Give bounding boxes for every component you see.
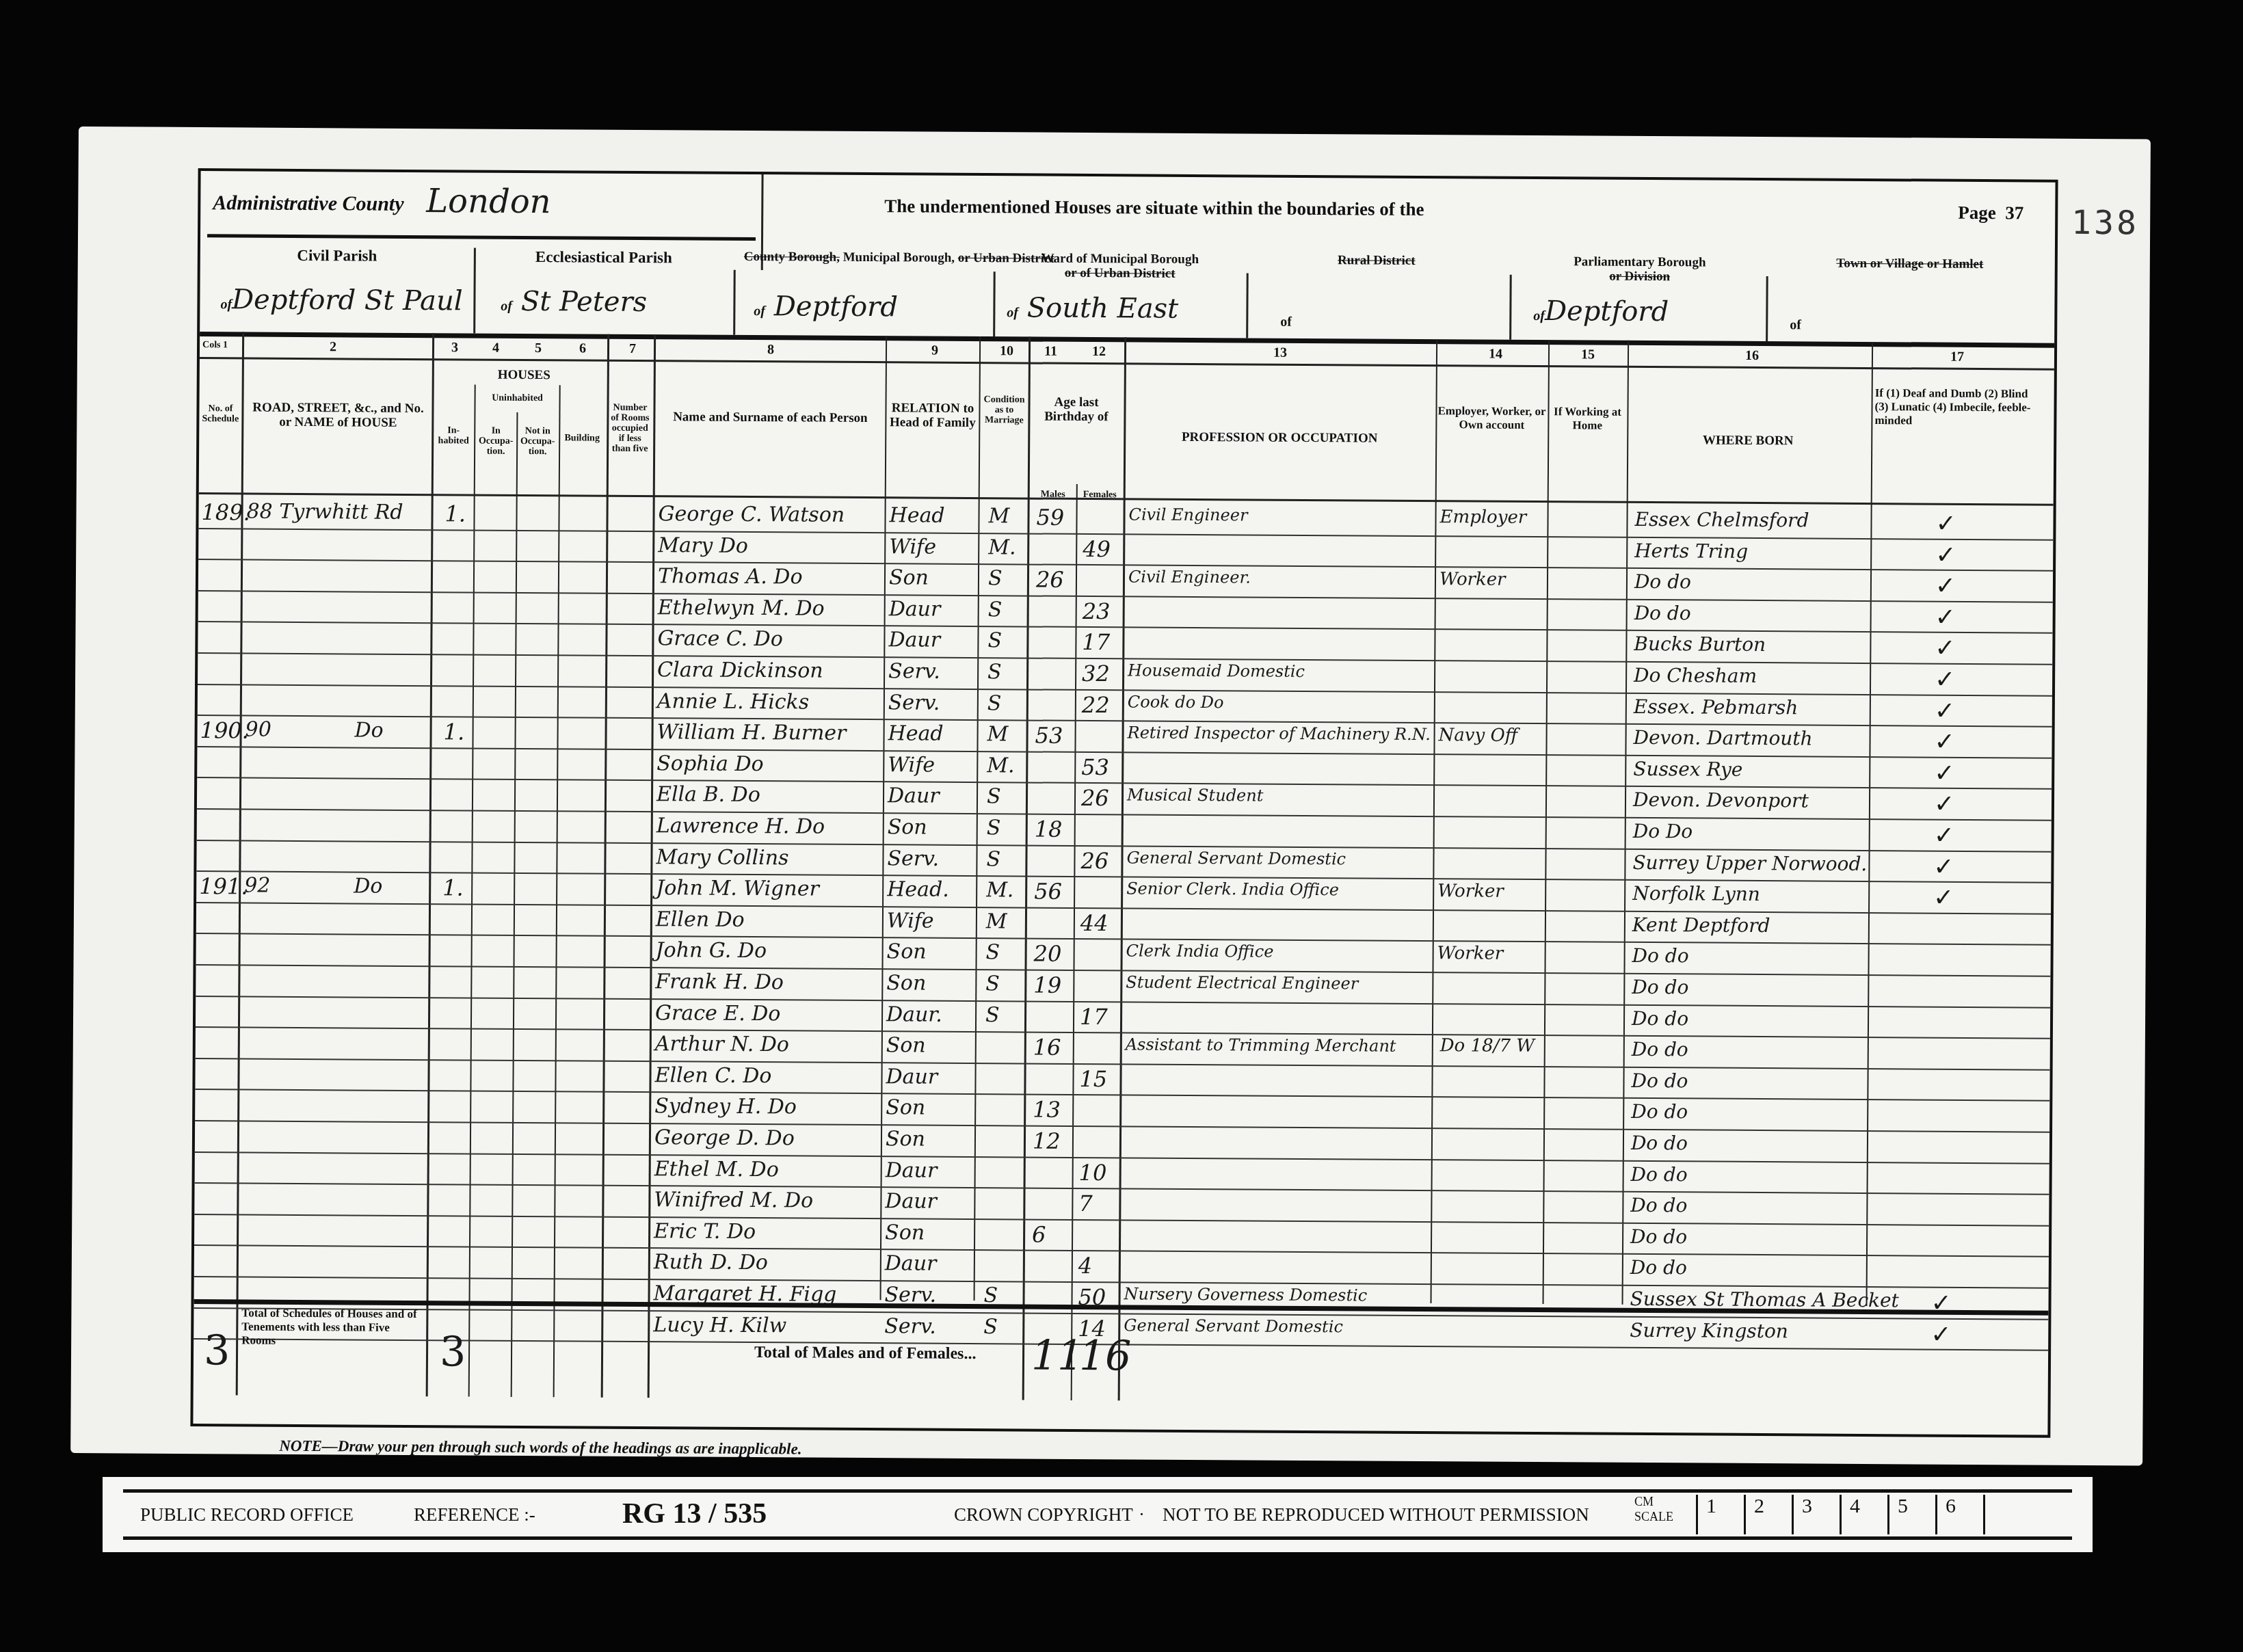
cell-born: Sussex Rye — [1633, 758, 1742, 781]
scale-mark: 2 — [1744, 1495, 1790, 1534]
cell-relation: Head — [889, 503, 944, 527]
cell-male-age: 26 — [1036, 567, 1064, 593]
archive-footer: PUBLIC RECORD OFFICE REFERENCE :- RG 13 … — [103, 1477, 2093, 1552]
cell-born: Do do — [1631, 1132, 1688, 1155]
cell-born: Do do — [1632, 944, 1689, 968]
cell-condition: S — [987, 629, 1002, 653]
cell-relation: Daur — [886, 1158, 938, 1182]
cell-employment: Navy Off — [1439, 725, 1518, 746]
total-schedules-label: Total of Schedules of Houses and of Tene… — [241, 1306, 419, 1348]
cell-name: Grace C. Do — [657, 627, 783, 652]
column-number: 6 — [579, 341, 586, 356]
cell-relation: Head — [888, 721, 943, 745]
total-males: 11 — [1031, 1332, 1084, 1380]
col-rooms-header: Number of Rooms occupied if less than fi… — [609, 403, 650, 454]
cell-occupation: Musical Student — [1127, 786, 1263, 805]
cell-male-age: 20 — [1034, 941, 1062, 967]
cell-name: William H. Burner — [656, 720, 846, 745]
cell-employment: Worker — [1439, 569, 1506, 590]
total-inhabited: 3 — [440, 1328, 466, 1376]
cell-born: Devon. Devonport — [1633, 788, 1809, 812]
cell-female-age: 17 — [1082, 629, 1110, 655]
scale-mark: 6 — [1935, 1495, 1982, 1534]
column-number: 13 — [1273, 345, 1287, 361]
column-number: 16 — [1745, 348, 1759, 364]
column-number: 14 — [1489, 347, 1502, 362]
cell-relation: Head. — [887, 877, 949, 902]
cell-condition: S — [987, 785, 1001, 809]
cell-female-age: 10 — [1079, 1160, 1107, 1186]
total-schedules-count: 3 — [204, 1327, 230, 1374]
admin-county-label: Administrative County — [213, 191, 403, 216]
total-persons-label: Total of Males and of Females... — [754, 1344, 977, 1363]
cell-male-age: 16 — [1033, 1035, 1061, 1061]
cell-relation: Daur — [885, 1189, 937, 1213]
cell-condition: S — [987, 816, 1001, 840]
cell-born: Do Chesham — [1634, 664, 1757, 687]
col-infirmity-header: If (1) Deaf and Dumb (2) Blind (3) Lunat… — [1874, 386, 2039, 428]
cell-name: Eric T. Do — [654, 1219, 756, 1244]
cell-born: Do do — [1631, 1162, 1688, 1186]
cell-occupation: General Servant Domestic — [1124, 1316, 1343, 1336]
col-age-header: Age last Birthday of — [1030, 395, 1122, 425]
cell-female-age: 44 — [1080, 910, 1109, 936]
cell-female-age: 17 — [1080, 1004, 1108, 1030]
cell-name: John M. Wigner — [656, 876, 819, 901]
cell-born: Do do — [1634, 602, 1691, 625]
column-number: 9 — [931, 343, 938, 359]
cell-occupation: Cook do Do — [1128, 692, 1224, 712]
cell-relation: Son — [889, 565, 929, 589]
cell-born: Do do — [1631, 1069, 1688, 1093]
cell-mark: ✓ — [1933, 884, 1954, 912]
cell-relation: Daur — [885, 1252, 937, 1276]
cell-mark: ✓ — [1935, 541, 1956, 569]
cell-occupation: Student Electrical Engineer — [1126, 972, 1358, 993]
cell-occupation: Housemaid Domestic — [1128, 661, 1305, 681]
cell-born: Do Do — [1633, 820, 1693, 843]
civil-parish-label: Civil Parish — [200, 246, 474, 265]
cell-born: Do do — [1632, 1038, 1688, 1061]
column-number: 7 — [629, 341, 636, 357]
column-number: 10 — [1000, 343, 1013, 359]
cell-relation: Serv. — [888, 691, 940, 715]
cell-female-age: 32 — [1082, 661, 1110, 687]
cell-condition: M — [988, 504, 1009, 528]
scale-mark: 5 — [1887, 1495, 1934, 1534]
cell-relation: Daur — [886, 1065, 938, 1089]
town-village-label: Town or Village or Hamlet — [1766, 256, 2054, 272]
town-village-of: of — [1790, 317, 1801, 333]
cell-name: Clara Dickinson — [657, 658, 823, 682]
footer-reference-label: REFERENCE :- — [414, 1504, 535, 1526]
cell-male-age: 53 — [1035, 723, 1063, 749]
col-uninhabited-header: Uninhabited — [477, 393, 559, 404]
cell-name: Sydney H. Do — [654, 1095, 797, 1119]
cell-born: Surrey Kingston — [1630, 1318, 1788, 1342]
ward-value: of South East — [1007, 292, 1178, 325]
cell-mark: ✓ — [1935, 572, 1956, 600]
cell-mark: ✓ — [1935, 697, 1955, 725]
cell-mark: ✓ — [1935, 603, 1956, 631]
cell-relation: Daur — [888, 784, 940, 808]
cell-employment: Employer — [1439, 507, 1526, 528]
cell-name: Ellen Do — [656, 907, 745, 932]
footer-copyright: CROWN COPYRIGHT — [954, 1504, 1133, 1526]
cell-name: Annie L. Hicks — [657, 689, 810, 714]
cell-condition: M — [987, 722, 1008, 746]
column-number: 5 — [535, 341, 542, 356]
cell-male-age: 12 — [1033, 1128, 1061, 1154]
rural-district-label: Rural District — [1247, 252, 1507, 268]
cell-male-age: 19 — [1033, 972, 1061, 998]
cell-relation: Son — [885, 1221, 925, 1244]
cell-condition: S — [988, 566, 1003, 590]
cell-condition: S — [986, 847, 1000, 871]
column-number: 3 — [451, 340, 458, 356]
ecclesiastical-parish-label: Ecclesiastical Parish — [474, 248, 734, 267]
cell-condition: M. — [988, 535, 1016, 559]
folio-stamp: 138 — [2071, 204, 2139, 243]
cell-relation: Wife — [887, 909, 934, 933]
cell-occupation: Retired Inspector of Machinery R.N. — [1128, 723, 1431, 745]
cell-name: Sophia Do — [656, 751, 763, 776]
cell-name: Ella B. Do — [656, 783, 760, 808]
cell-name: Arthur N. Do — [655, 1032, 789, 1056]
col-inhabited-header: In-habited — [433, 425, 474, 446]
cell-mark: ✓ — [1934, 822, 1954, 850]
cell-mark: ✓ — [1933, 853, 1954, 881]
cell-male-age: 56 — [1034, 879, 1062, 905]
cell-relation: Wife — [889, 535, 936, 559]
ward-label: Ward of Municipal Boroughor of Urban Dis… — [994, 251, 1247, 281]
cell-name: Ethelwyn M. Do — [658, 596, 825, 620]
cell-female-age: 4 — [1078, 1253, 1093, 1279]
parliamentary-borough-value: ofDeptford — [1533, 295, 1669, 328]
cell-born: Do do — [1634, 570, 1691, 594]
total-females: 16 — [1079, 1332, 1132, 1380]
cell-relation: Son — [887, 940, 927, 964]
cell-born: Kent Deptford — [1632, 914, 1770, 937]
col-at-home-header: If Working at Home — [1550, 405, 1625, 433]
cell-address: 90 — [245, 718, 271, 742]
parliamentary-borough-label: Parliamentary Boroughor Division — [1510, 254, 1770, 284]
cell-born: Do do — [1630, 1194, 1687, 1217]
col-occupation-header: PROFESSION OR OCCUPATION — [1126, 429, 1433, 446]
intro-text: The undermentioned Houses are situate wi… — [884, 196, 1424, 220]
cell-address: 88 Tyrwhitt Rd — [246, 500, 403, 524]
cell-female-age: 53 — [1081, 754, 1109, 780]
cell-occupation: Nursery Governess Domestic — [1124, 1284, 1368, 1305]
column-number: 15 — [1581, 347, 1595, 362]
cell-relation: Serv. — [884, 1314, 936, 1338]
cell-address-ditto: Do — [354, 875, 382, 898]
cell-female-age: 22 — [1082, 692, 1110, 718]
cell-name: Mary Do — [658, 533, 748, 558]
scale-mark: 4 — [1840, 1495, 1886, 1534]
cell-condition: S — [987, 691, 1002, 715]
column-number: 2 — [330, 339, 336, 355]
cell-occupation: Civil Engineer. — [1128, 568, 1251, 587]
col-number: Cols 1 — [202, 340, 228, 350]
col-in-occupation-header: In Occupa-tion. — [476, 426, 516, 457]
footer-office: PUBLIC RECORD OFFICE — [140, 1504, 354, 1526]
census-page: 138 Administrative County London The und… — [70, 126, 2151, 1465]
cell-born: Do do — [1632, 1007, 1688, 1030]
col-name-header: Name and Surname of each Person — [657, 410, 883, 425]
cell-schedule: 191. — [199, 873, 248, 899]
cell-occupation: Assistant to Trimming Merchant — [1126, 1035, 1396, 1056]
cell-female-age: 7 — [1078, 1190, 1093, 1216]
cell-inhabited: 1. — [444, 501, 466, 527]
cell-born: Surrey Upper Norwood. — [1632, 851, 1867, 875]
col-relation-header: RELATION to Head of Family — [886, 401, 979, 430]
cell-male-age: 6 — [1032, 1221, 1046, 1247]
cell-female-age: 26 — [1080, 848, 1109, 874]
cell-male-age: 59 — [1036, 505, 1064, 531]
cell-male-age: 13 — [1033, 1097, 1061, 1123]
cell-born: Essex Chelmsford — [1634, 508, 1809, 532]
cell-condition: S — [985, 972, 1000, 996]
cell-condition: M — [986, 909, 1007, 933]
cell-mark: ✓ — [1935, 666, 1955, 694]
column-number: 17 — [1950, 349, 1964, 365]
cell-relation: Serv. — [888, 659, 940, 683]
cell-relation: Son — [886, 1127, 925, 1151]
cell-relation: Wife — [888, 753, 935, 777]
admin-county-value: London — [426, 182, 551, 221]
cell-name: Lucy H. Kilw — [653, 1313, 786, 1337]
cell-relation: Son — [888, 815, 927, 839]
cell-address: 92 — [244, 874, 270, 898]
cell-name: Ellen C. Do — [654, 1063, 771, 1088]
cell-born: Do do — [1630, 1225, 1687, 1249]
cell-name: Winifred M. Do — [654, 1188, 813, 1212]
footnote: NOTE—Draw your pen through such words of… — [279, 1437, 801, 1458]
col-where-born-header: WHERE BORN — [1628, 433, 1868, 449]
cell-relation: Son — [886, 1033, 926, 1057]
col-employment-header: Employer, Worker, or Own account — [1437, 404, 1546, 432]
rural-district-of: of — [1280, 315, 1292, 330]
cell-schedule: 189. — [201, 499, 250, 525]
column-number: 11 — [1044, 344, 1057, 360]
cell-male-age: 18 — [1035, 816, 1063, 842]
cell-relation: Daur — [889, 597, 941, 621]
cell-mark: ✓ — [1934, 759, 1954, 787]
col-schedule-header: No. of Schedule — [199, 403, 241, 424]
col-address-header: ROAD, STREET, &c., and No. or NAME of HO… — [245, 401, 430, 431]
ecclesiastical-parish-value: of St Peters — [501, 286, 647, 318]
civil-parish-value: ofDeptford St Paul — [220, 284, 462, 317]
census-form: Administrative County London The underme… — [190, 168, 2058, 1438]
cell-occupation: General Servant Domestic — [1126, 848, 1346, 868]
cell-employment: Worker — [1437, 881, 1504, 902]
cell-inhabited: 1. — [442, 875, 464, 901]
cell-born: Norfolk Lynn — [1632, 882, 1760, 905]
cell-mark: ✓ — [1934, 728, 1954, 756]
cell-name: George D. Do — [654, 1125, 795, 1150]
cell-name: Ethel M. Do — [654, 1157, 779, 1182]
cell-born: Herts Tring — [1634, 539, 1748, 563]
cell-inhabited: 1. — [443, 719, 464, 745]
cell-born: Do do — [1632, 976, 1688, 999]
cell-mark: ✓ — [1935, 635, 1955, 663]
cell-name: Lawrence H. Do — [656, 814, 825, 839]
cell-relation: Daur. — [886, 1002, 942, 1026]
cell-condition: S — [985, 1003, 1000, 1027]
cell-address-ditto: Do — [355, 719, 384, 743]
cell-occupation: Senior Clerk. India Office — [1126, 879, 1339, 900]
cell-occupation: Clerk India Office — [1126, 942, 1274, 961]
cell-born: Essex. Pebmarsh — [1634, 695, 1799, 719]
cell-mark: ✓ — [1930, 1320, 1951, 1348]
cell-born: Do do — [1630, 1256, 1687, 1279]
cell-name: Grace E. Do — [655, 1001, 781, 1026]
cell-relation: Son — [886, 971, 926, 995]
cell-condition: S — [987, 660, 1002, 684]
column-number: 8 — [767, 342, 774, 358]
column-number: 4 — [492, 341, 499, 356]
cell-female-age: 15 — [1079, 1066, 1107, 1092]
cell-relation: Serv. — [887, 847, 939, 870]
cell-relation: Son — [886, 1096, 925, 1120]
cell-mark: ✓ — [1935, 510, 1956, 538]
cell-condition: S — [986, 941, 1000, 965]
cell-employment: Worker — [1437, 944, 1504, 965]
scale-mark: 3 — [1792, 1495, 1838, 1534]
cell-occupation: Civil Engineer — [1128, 505, 1247, 524]
cell-schedule: 190. — [200, 717, 248, 743]
scale-mark: 1 — [1696, 1495, 1742, 1534]
cell-name: George C. Watson — [658, 502, 845, 527]
cell-female-age: 23 — [1083, 598, 1111, 624]
col-not-in-occupation-header: Not in Occupa-tion. — [518, 426, 557, 457]
cell-female-age: 49 — [1083, 536, 1111, 562]
cell-condition: M. — [987, 754, 1014, 777]
cell-name: Ruth D. Do — [654, 1251, 768, 1275]
municipal-borough-value: of Deptford — [754, 291, 898, 323]
cell-condition: S — [988, 598, 1003, 622]
cell-female-age: 26 — [1081, 785, 1109, 811]
cell-name: Frank H. Do — [655, 970, 784, 994]
cell-born: Do do — [1631, 1100, 1688, 1123]
cell-born: Devon. Dartmouth — [1633, 726, 1812, 750]
cell-condition: S — [983, 1315, 998, 1339]
cell-mark: ✓ — [1934, 790, 1954, 818]
cell-relation: Daur — [888, 628, 940, 652]
footer-restriction: NOT TO BE REPRODUCED WITHOUT PERMISSION — [1163, 1504, 1589, 1526]
page-label: Page 37 — [1958, 202, 2023, 224]
footer-reference: RG 13 / 535 — [622, 1497, 767, 1530]
col-houses-header: HOUSES — [434, 367, 615, 383]
employment-annotation: Do 18/7 W — [1440, 1035, 1535, 1056]
cell-name: Thomas A. Do — [658, 564, 803, 589]
cell-name: John G. Do — [656, 939, 767, 963]
page-number: 37 — [2005, 202, 2023, 223]
cell-born: Bucks Burton — [1634, 632, 1766, 656]
col-building-header: Building — [560, 433, 604, 443]
cm-scale-label: CMSCALE — [1634, 1494, 1673, 1524]
column-number: 12 — [1092, 344, 1106, 360]
cell-condition: M. — [986, 878, 1013, 902]
cell-name: Mary Collins — [656, 845, 788, 870]
col-condition-header: Condition as to Marriage — [980, 395, 1028, 425]
